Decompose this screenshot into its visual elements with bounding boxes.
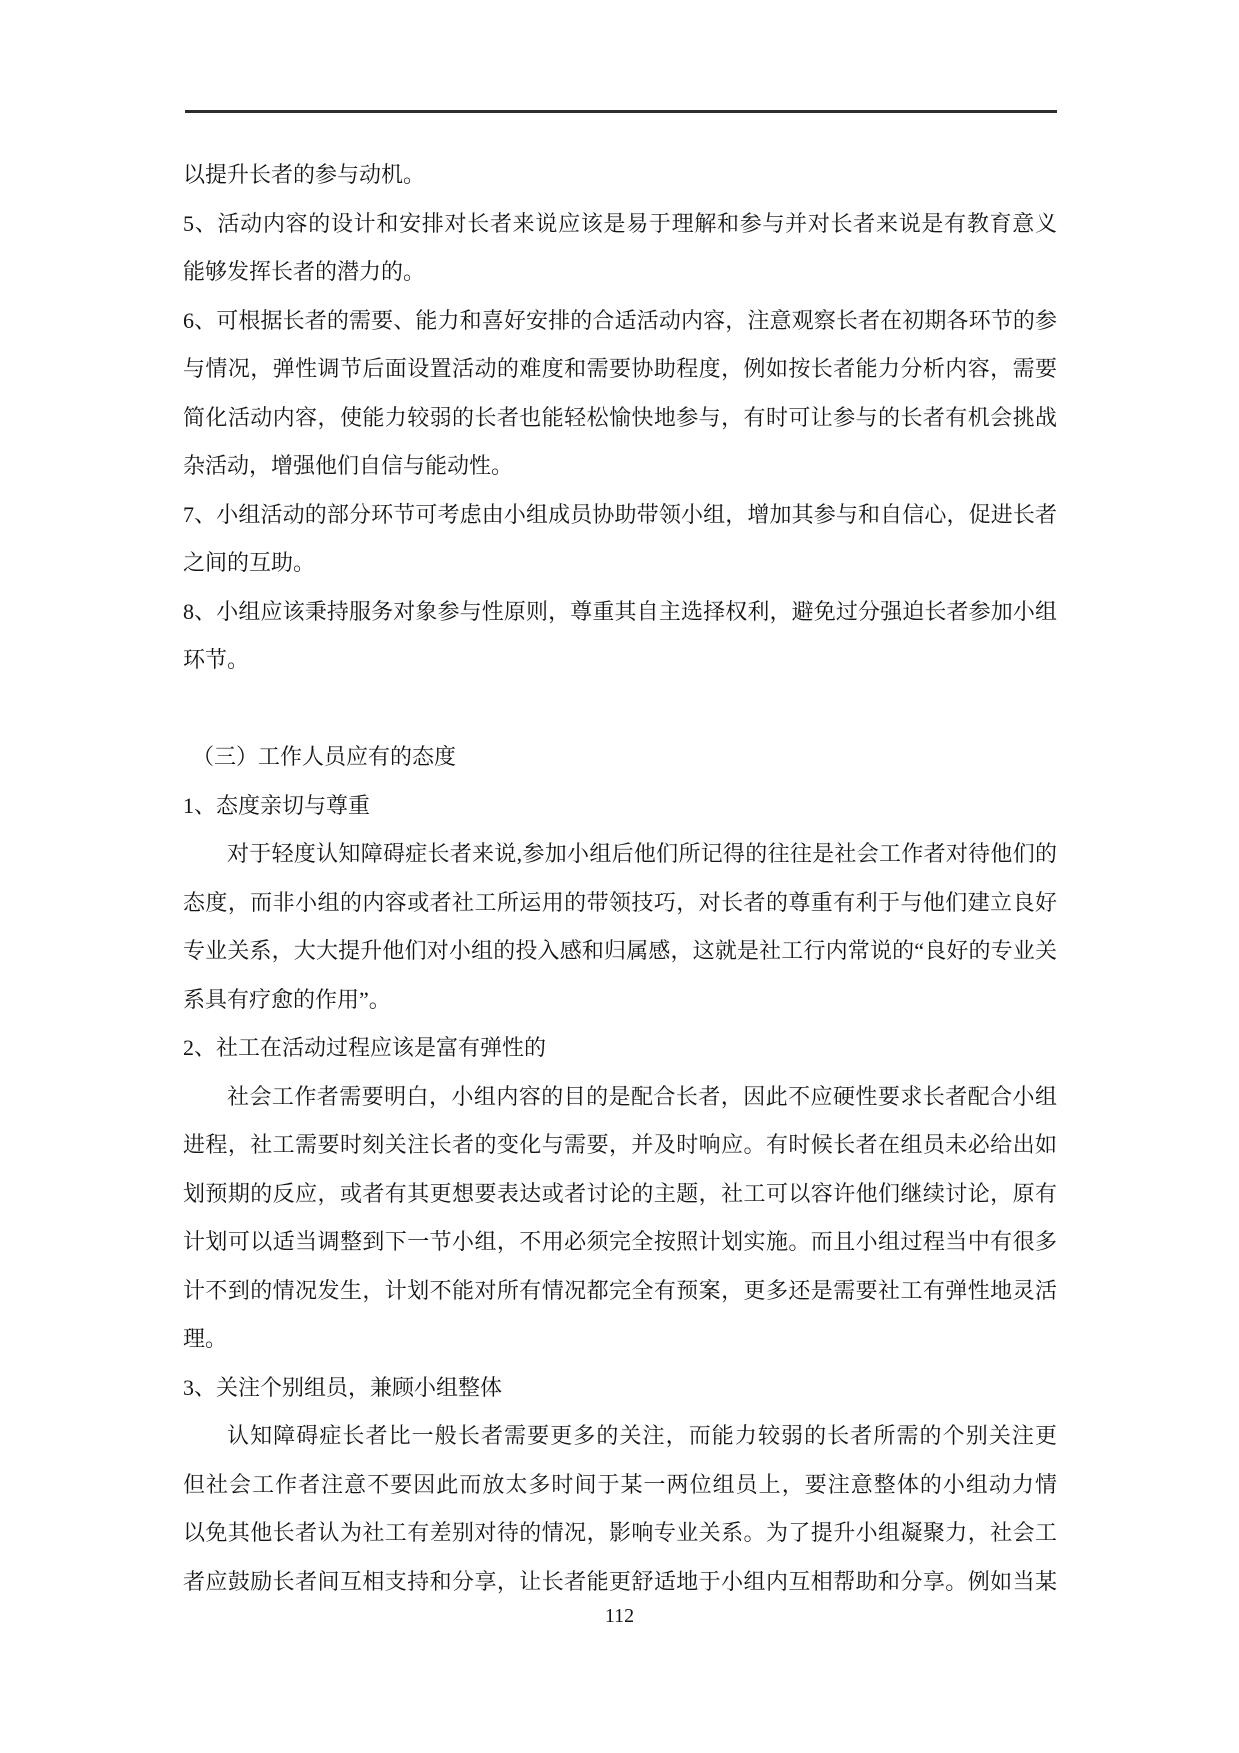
text-line: 杂活动，增强他们自信与能动性。 bbox=[183, 442, 1057, 491]
text-line: 简化活动内容，使能力较弱的长者也能轻松愉快地参与，有时可让参与的长者有机会挑战复 bbox=[183, 394, 1057, 443]
text-line: 5、活动内容的设计和安排对长者来说应该是易于理解和参与并对长者来说是有教育意义的… bbox=[183, 200, 1057, 249]
text-line: 2、社工在活动过程应该是富有弹性的 bbox=[183, 1024, 1057, 1073]
text-line: 以提升长者的参与动机。 bbox=[183, 151, 1057, 200]
text-line: （三）工作人员应有的态度 bbox=[183, 733, 1057, 782]
text-line: 划预期的反应，或者有其更想要表达或者讨论的主题，社工可以容许他们继续讨论，原有的 bbox=[183, 1170, 1057, 1219]
text-line: 理。 bbox=[183, 1315, 1057, 1364]
text-line: 者应鼓励长者间互相支持和分享，让长者能更舒适地于小组内互相帮助和分享。例如当某长 bbox=[183, 1558, 1057, 1607]
document-body: 以提升长者的参与动机。5、活动内容的设计和安排对长者来说应该是易于理解和参与并对… bbox=[183, 151, 1057, 1606]
page-number: 112 bbox=[0, 1602, 1239, 1630]
text-line: 8、小组应该秉持服务对象参与性原则，尊重其自主选择权利，避免过分强迫长者参加小组 bbox=[183, 588, 1057, 637]
text-line: 社会工作者需要明白，小组内容的目的是配合长者，因此不应硬性要求长者配合小组的 bbox=[183, 1073, 1057, 1122]
text-line: 7、小组活动的部分环节可考虑由小组成员协助带领小组，增加其参与和自信心，促进长者 bbox=[183, 491, 1057, 540]
text-line: 以免其他长者认为社工有差别对待的情况，影响专业关系。为了提升小组凝聚力，社会工作 bbox=[183, 1509, 1057, 1558]
text-line: 进程，社工需要时刻关注长者的变化与需要，并及时响应。有时候长者在组员未必给出如计 bbox=[183, 1121, 1057, 1170]
text-line: 态度，而非小组的内容或者社工所运用的带领技巧，对长者的尊重有利于与他们建立良好的 bbox=[183, 879, 1057, 928]
text-line: 与情况，弹性调节后面设置活动的难度和需要协助程度，例如按长者能力分析内容，需要时 bbox=[183, 345, 1057, 394]
text-line: 计划可以适当调整到下一节小组，不用必须完全按照计划实施。而且小组过程当中有很多预 bbox=[183, 1218, 1057, 1267]
text-line: 能够发挥长者的潜力的。 bbox=[183, 248, 1057, 297]
text-line: 对于轻度认知障碍症长者来说,参加小组后他们所记得的往往是社会工作者对待他们的 bbox=[183, 830, 1057, 879]
text-line: 专业关系，大大提升他们对小组的投入感和归属感，这就是社工行内常说的“良好的专业关 bbox=[183, 927, 1057, 976]
text-line: 之间的互助。 bbox=[183, 539, 1057, 588]
text-line: 认知障碍症长者比一般长者需要更多的关注，而能力较弱的长者所需的个别关注更多， bbox=[183, 1412, 1057, 1461]
text-line: 环节。 bbox=[183, 636, 1057, 685]
text-line: 3、关注个别组员，兼顾小组整体 bbox=[183, 1364, 1057, 1413]
document-page: 以提升长者的参与动机。5、活动内容的设计和安排对长者来说应该是易于理解和参与并对… bbox=[0, 0, 1239, 1753]
header-rule bbox=[185, 110, 1057, 113]
text-line: 计不到的情况发生，计划不能对所有情况都完全有预案，更多还是需要社工有弹性地灵活处 bbox=[183, 1267, 1057, 1316]
text-line: 6、可根据长者的需要、能力和喜好安排的合适活动内容，注意观察长者在初期各环节的参 bbox=[183, 297, 1057, 346]
text-line: 1、态度亲切与尊重 bbox=[183, 782, 1057, 831]
text-line: 但社会工作者注意不要因此而放太多时间于某一两位组员上，要注意整体的小组动力情况， bbox=[183, 1461, 1057, 1510]
text-line bbox=[183, 685, 1057, 734]
text-line: 系具有疗愈的作用”。 bbox=[183, 976, 1057, 1025]
